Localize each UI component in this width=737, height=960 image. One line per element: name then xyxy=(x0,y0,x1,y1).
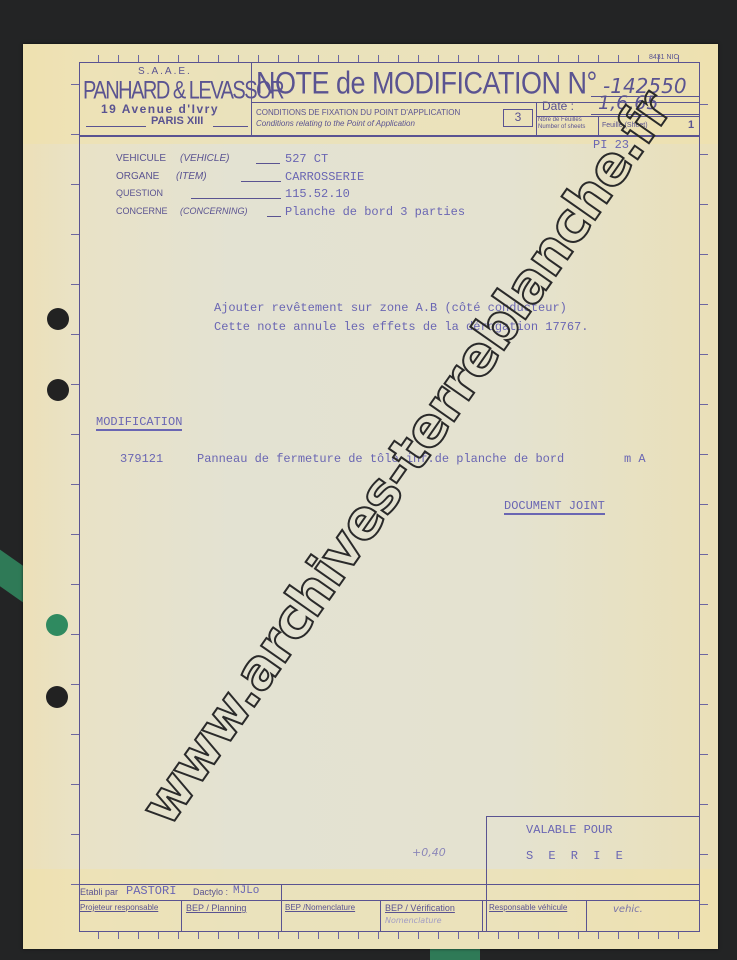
sheet-value: 1 xyxy=(688,119,694,131)
form-code: 8431 NIC xyxy=(649,54,679,61)
conditions-fr: CONDITIONS DE FIXATION DU POINT D'APPLIC… xyxy=(256,108,460,117)
city-rule-left xyxy=(86,126,146,127)
field-label-en: (VEHICLE) xyxy=(180,153,229,164)
field-value: CARROSSERIE xyxy=(285,170,364,184)
sig-col-div xyxy=(181,900,182,931)
field-leader xyxy=(241,181,281,182)
field-value: 527 CT xyxy=(285,152,328,166)
valid-for-value: S E R I E xyxy=(526,849,627,863)
footer-divider-1 xyxy=(281,884,282,900)
typist-label: Dactylo : xyxy=(193,887,228,897)
punch-hole xyxy=(47,379,69,401)
date-label: Date : xyxy=(542,99,574,113)
conditions-value-box: 3 xyxy=(503,109,533,127)
sig-vehicle: Responsable véhicule xyxy=(489,903,567,912)
document-title: NOTE de MODIFICATION N° xyxy=(256,66,597,102)
city-rule-right xyxy=(213,126,248,127)
modification-suffix: m A xyxy=(624,452,646,466)
valid-box-top xyxy=(486,816,700,817)
frame-right xyxy=(699,62,700,932)
frame-bottom xyxy=(80,931,700,932)
sig-col-div xyxy=(586,900,587,931)
field-label: VEHICULE xyxy=(116,153,166,164)
sheets-label-en: Number of sheets xyxy=(538,124,585,130)
conditions-en: Conditions relating to the Point of Appl… xyxy=(256,119,415,128)
field-value: Planche de bord 3 parties xyxy=(285,205,465,219)
field-value: 115.52.10 xyxy=(285,187,350,201)
sig-col-div xyxy=(281,900,282,931)
typist: MJLo xyxy=(233,885,259,897)
punch-hole xyxy=(46,686,68,708)
field-label: CONCERNE xyxy=(116,206,168,216)
sig-planning: BEP / Planning xyxy=(186,903,246,913)
established-by-label: Etabli par xyxy=(80,887,118,897)
sig-verification-note: Nomenclature xyxy=(385,916,442,925)
frame-left xyxy=(79,62,80,932)
punch-hole-green xyxy=(46,614,68,636)
conditions-value: 3 xyxy=(515,110,522,124)
valid-box-left xyxy=(486,816,487,931)
sig-verification: BEP / Vérification xyxy=(385,903,455,913)
field-label-en: (CONCERNING) xyxy=(180,206,248,216)
attachment-label: DOCUMENT JOINT xyxy=(504,499,605,515)
established-by: PASTORI xyxy=(126,884,176,898)
field-leader xyxy=(267,216,281,217)
modification-heading: MODIFICATION xyxy=(96,415,182,431)
modification-code: 379121 xyxy=(120,452,163,466)
field-label: QUESTION xyxy=(116,188,163,198)
field-leader xyxy=(256,163,280,164)
company-abbr: S.A.A.E. xyxy=(138,66,192,77)
sig-nomenclature: BEP /Nomenclature xyxy=(285,903,355,912)
company-address: 19 Avenue d'Ivry xyxy=(101,102,219,116)
sig-projeteur: Projeteur responsable xyxy=(80,903,158,912)
conditions-divider xyxy=(536,103,537,135)
sig-last-note: vehic. xyxy=(613,904,643,915)
field-leader xyxy=(191,198,281,199)
footer-mid xyxy=(80,900,700,901)
valid-for-label: VALABLE POUR xyxy=(526,823,612,837)
sig-col-div xyxy=(380,900,381,931)
company-city: PARIS XIII xyxy=(151,115,203,127)
annotation: +0,40 xyxy=(412,846,446,859)
sig-col-div xyxy=(482,900,483,931)
field-label: ORGANE xyxy=(116,171,159,182)
field-label-en: (ITEM) xyxy=(176,171,207,182)
punch-hole xyxy=(47,308,69,330)
background-green-stripe-bottom xyxy=(430,948,480,960)
frame-top xyxy=(80,62,700,63)
sheets-label-fr: Nbre de Feuilles xyxy=(538,117,582,123)
